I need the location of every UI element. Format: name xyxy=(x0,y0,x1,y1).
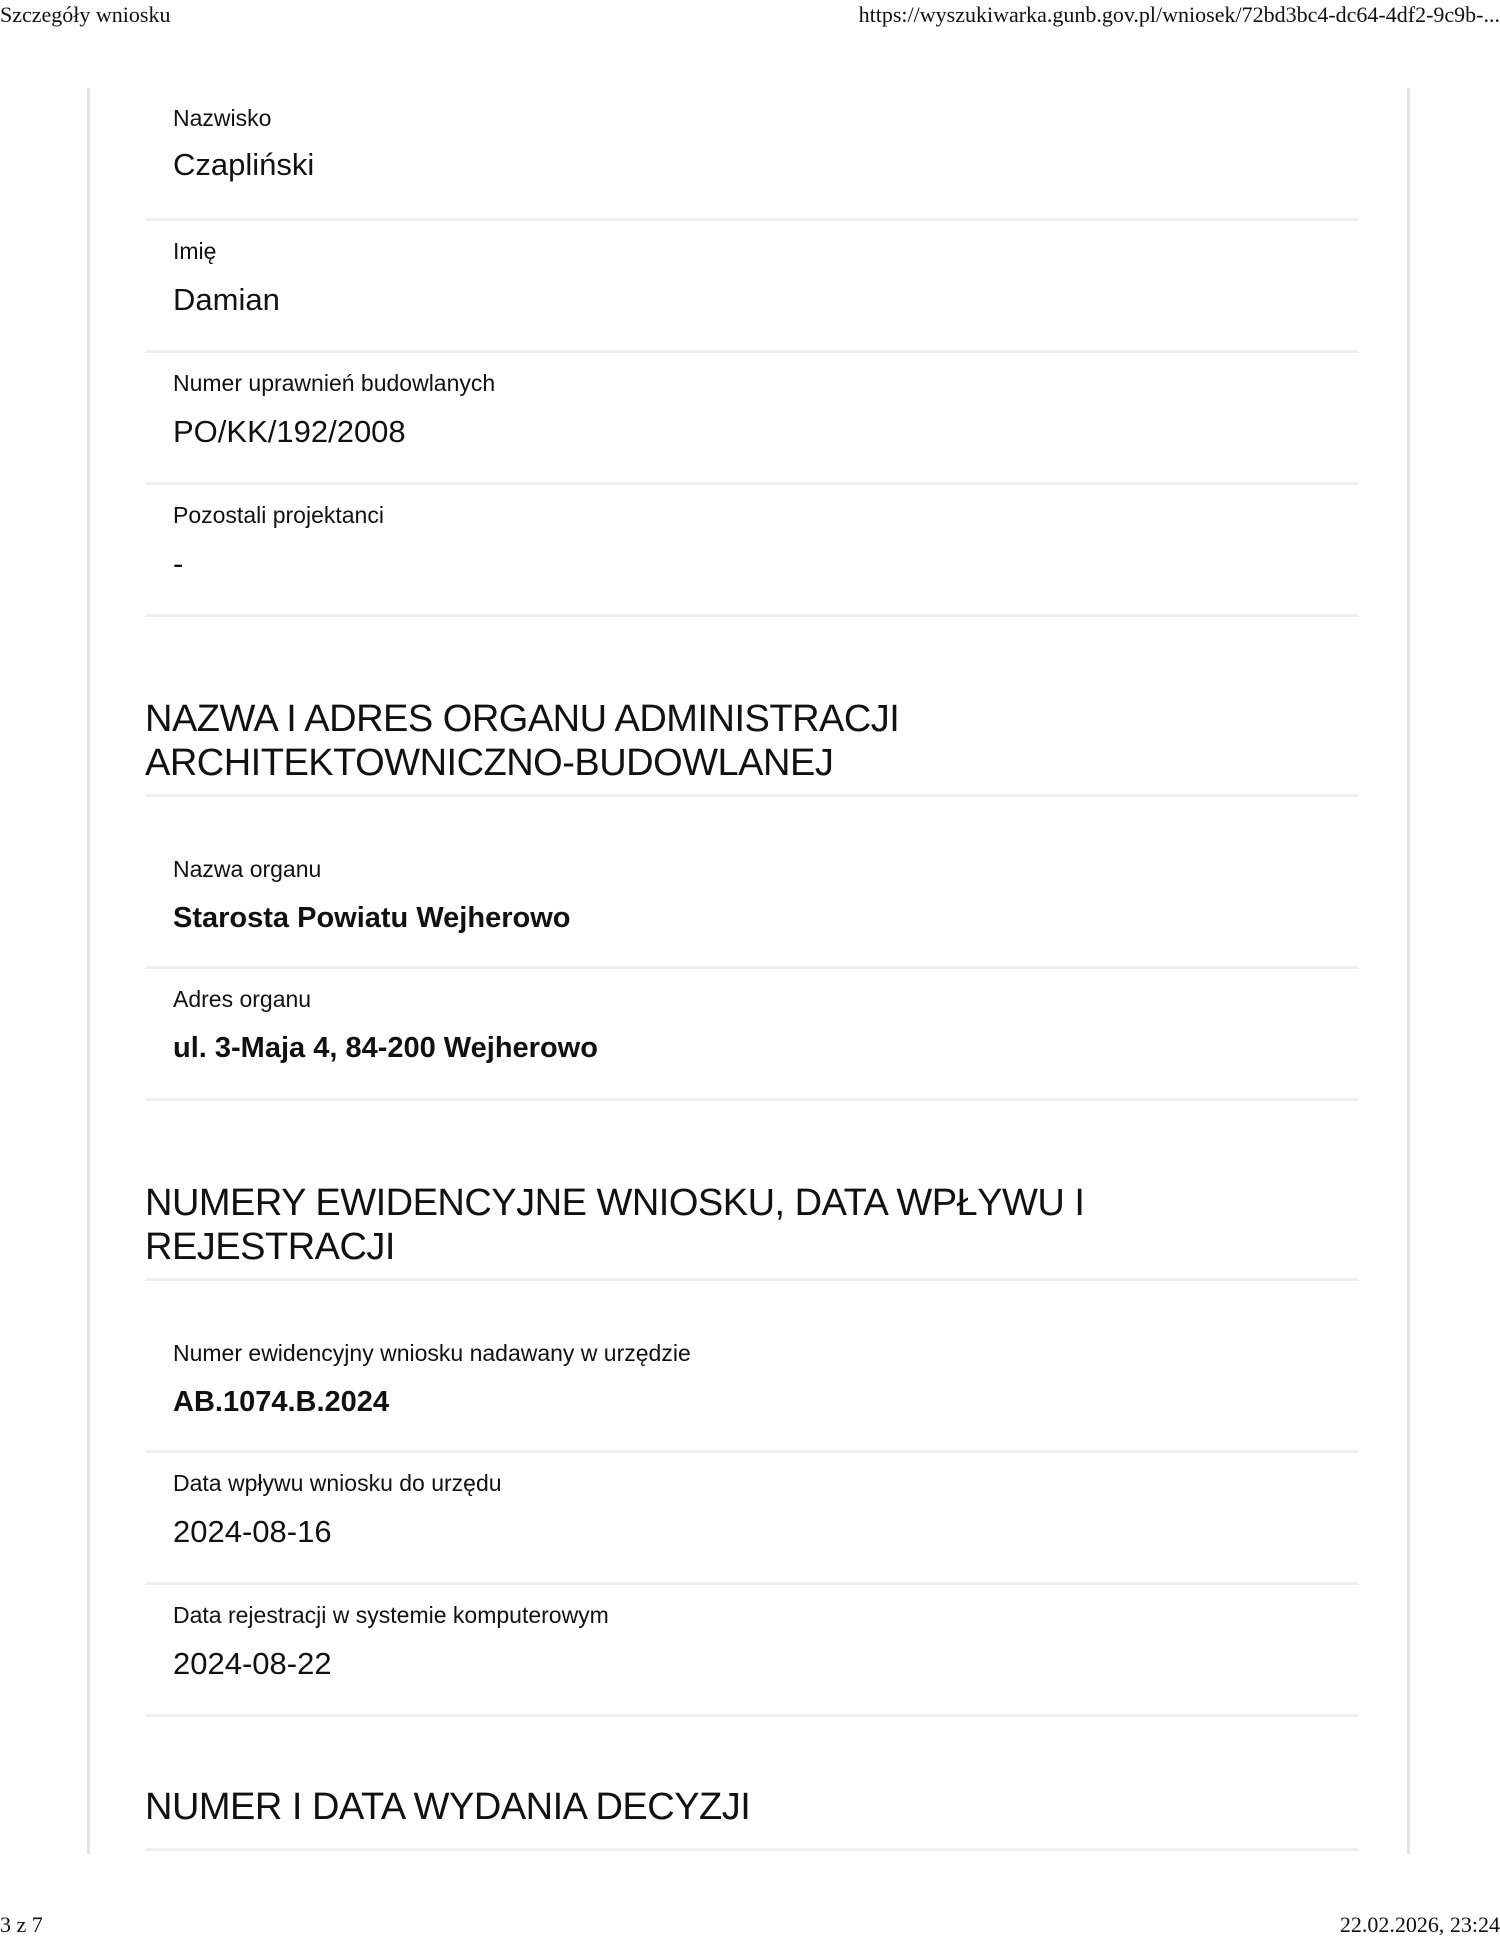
details-content: Nazwisko Czapliński Imię Damian Numer up… xyxy=(145,88,1359,1851)
field-other-designers: Pozostali projektanci - xyxy=(145,485,1359,617)
section-title-decision: NUMER I DATA WYDANIA DECYZJI xyxy=(145,1717,1359,1851)
print-page-url: https://wyszukiwarka.gunb.gov.pl/wniosek… xyxy=(859,2,1500,28)
field-label: Data wpływu wniosku do urzędu xyxy=(173,1469,1359,1497)
field-label: Nazwa organu xyxy=(173,855,1359,883)
section-title-authority: NAZWA I ADRES ORGANU ADMINISTRACJI ARCHI… xyxy=(145,617,1359,797)
field-label: Numer uprawnień budowlanych xyxy=(173,369,1359,397)
print-page-title: Szczegóły wniosku xyxy=(0,2,170,28)
field-surname: Nazwisko Czapliński xyxy=(145,88,1359,221)
field-value: AB.1074.B.2024 xyxy=(173,1383,1359,1421)
field-authority-address: Adres organu ul. 3-Maja 4, 84-200 Wejher… xyxy=(145,969,1359,1101)
field-permit-number: Numer uprawnień budowlanych PO/KK/192/20… xyxy=(145,353,1359,485)
field-label: Data rejestracji w systemie komputerowym xyxy=(173,1601,1359,1629)
field-registration-date: Data rejestracji w systemie komputerowym… xyxy=(145,1585,1359,1717)
field-registry-number: Numer ewidencyjny wniosku nadawany w urz… xyxy=(145,1281,1359,1453)
print-datetime: 22.02.2026, 23:24 xyxy=(1340,1912,1500,1938)
field-value: PO/KK/192/2008 xyxy=(173,413,1359,451)
field-label: Numer ewidencyjny wniosku nadawany w urz… xyxy=(173,1339,1359,1367)
application-details-card: Nazwisko Czapliński Imię Damian Numer up… xyxy=(87,88,1410,1854)
field-value: - xyxy=(173,545,1359,583)
field-receipt-date: Data wpływu wniosku do urzędu 2024-08-16 xyxy=(145,1453,1359,1585)
field-first-name: Imię Damian xyxy=(145,221,1359,353)
field-value: Starosta Powiatu Wejherowo xyxy=(173,899,1359,937)
field-value: 2024-08-16 xyxy=(173,1513,1359,1551)
print-footer: 3 z 7 22.02.2026, 23:24 xyxy=(0,1910,1500,1940)
print-header: Szczegóły wniosku https://wyszukiwarka.g… xyxy=(0,0,1500,30)
field-authority-name: Nazwa organu Starosta Powiatu Wejherowo xyxy=(145,797,1359,969)
field-label: Adres organu xyxy=(173,985,1359,1013)
field-label: Imię xyxy=(173,237,1359,265)
field-label: Nazwisko xyxy=(173,104,1359,132)
page-counter: 3 z 7 xyxy=(0,1912,43,1938)
field-value: Czapliński xyxy=(173,146,1359,184)
field-value: Damian xyxy=(173,281,1359,319)
field-label: Pozostali projektanci xyxy=(173,501,1359,529)
field-value: ul. 3-Maja 4, 84-200 Wejherowo xyxy=(173,1029,1359,1067)
field-value: 2024-08-22 xyxy=(173,1645,1359,1683)
section-title-registration: NUMERY EWIDENCYJNE WNIOSKU, DATA WPŁYWU … xyxy=(145,1101,1359,1281)
